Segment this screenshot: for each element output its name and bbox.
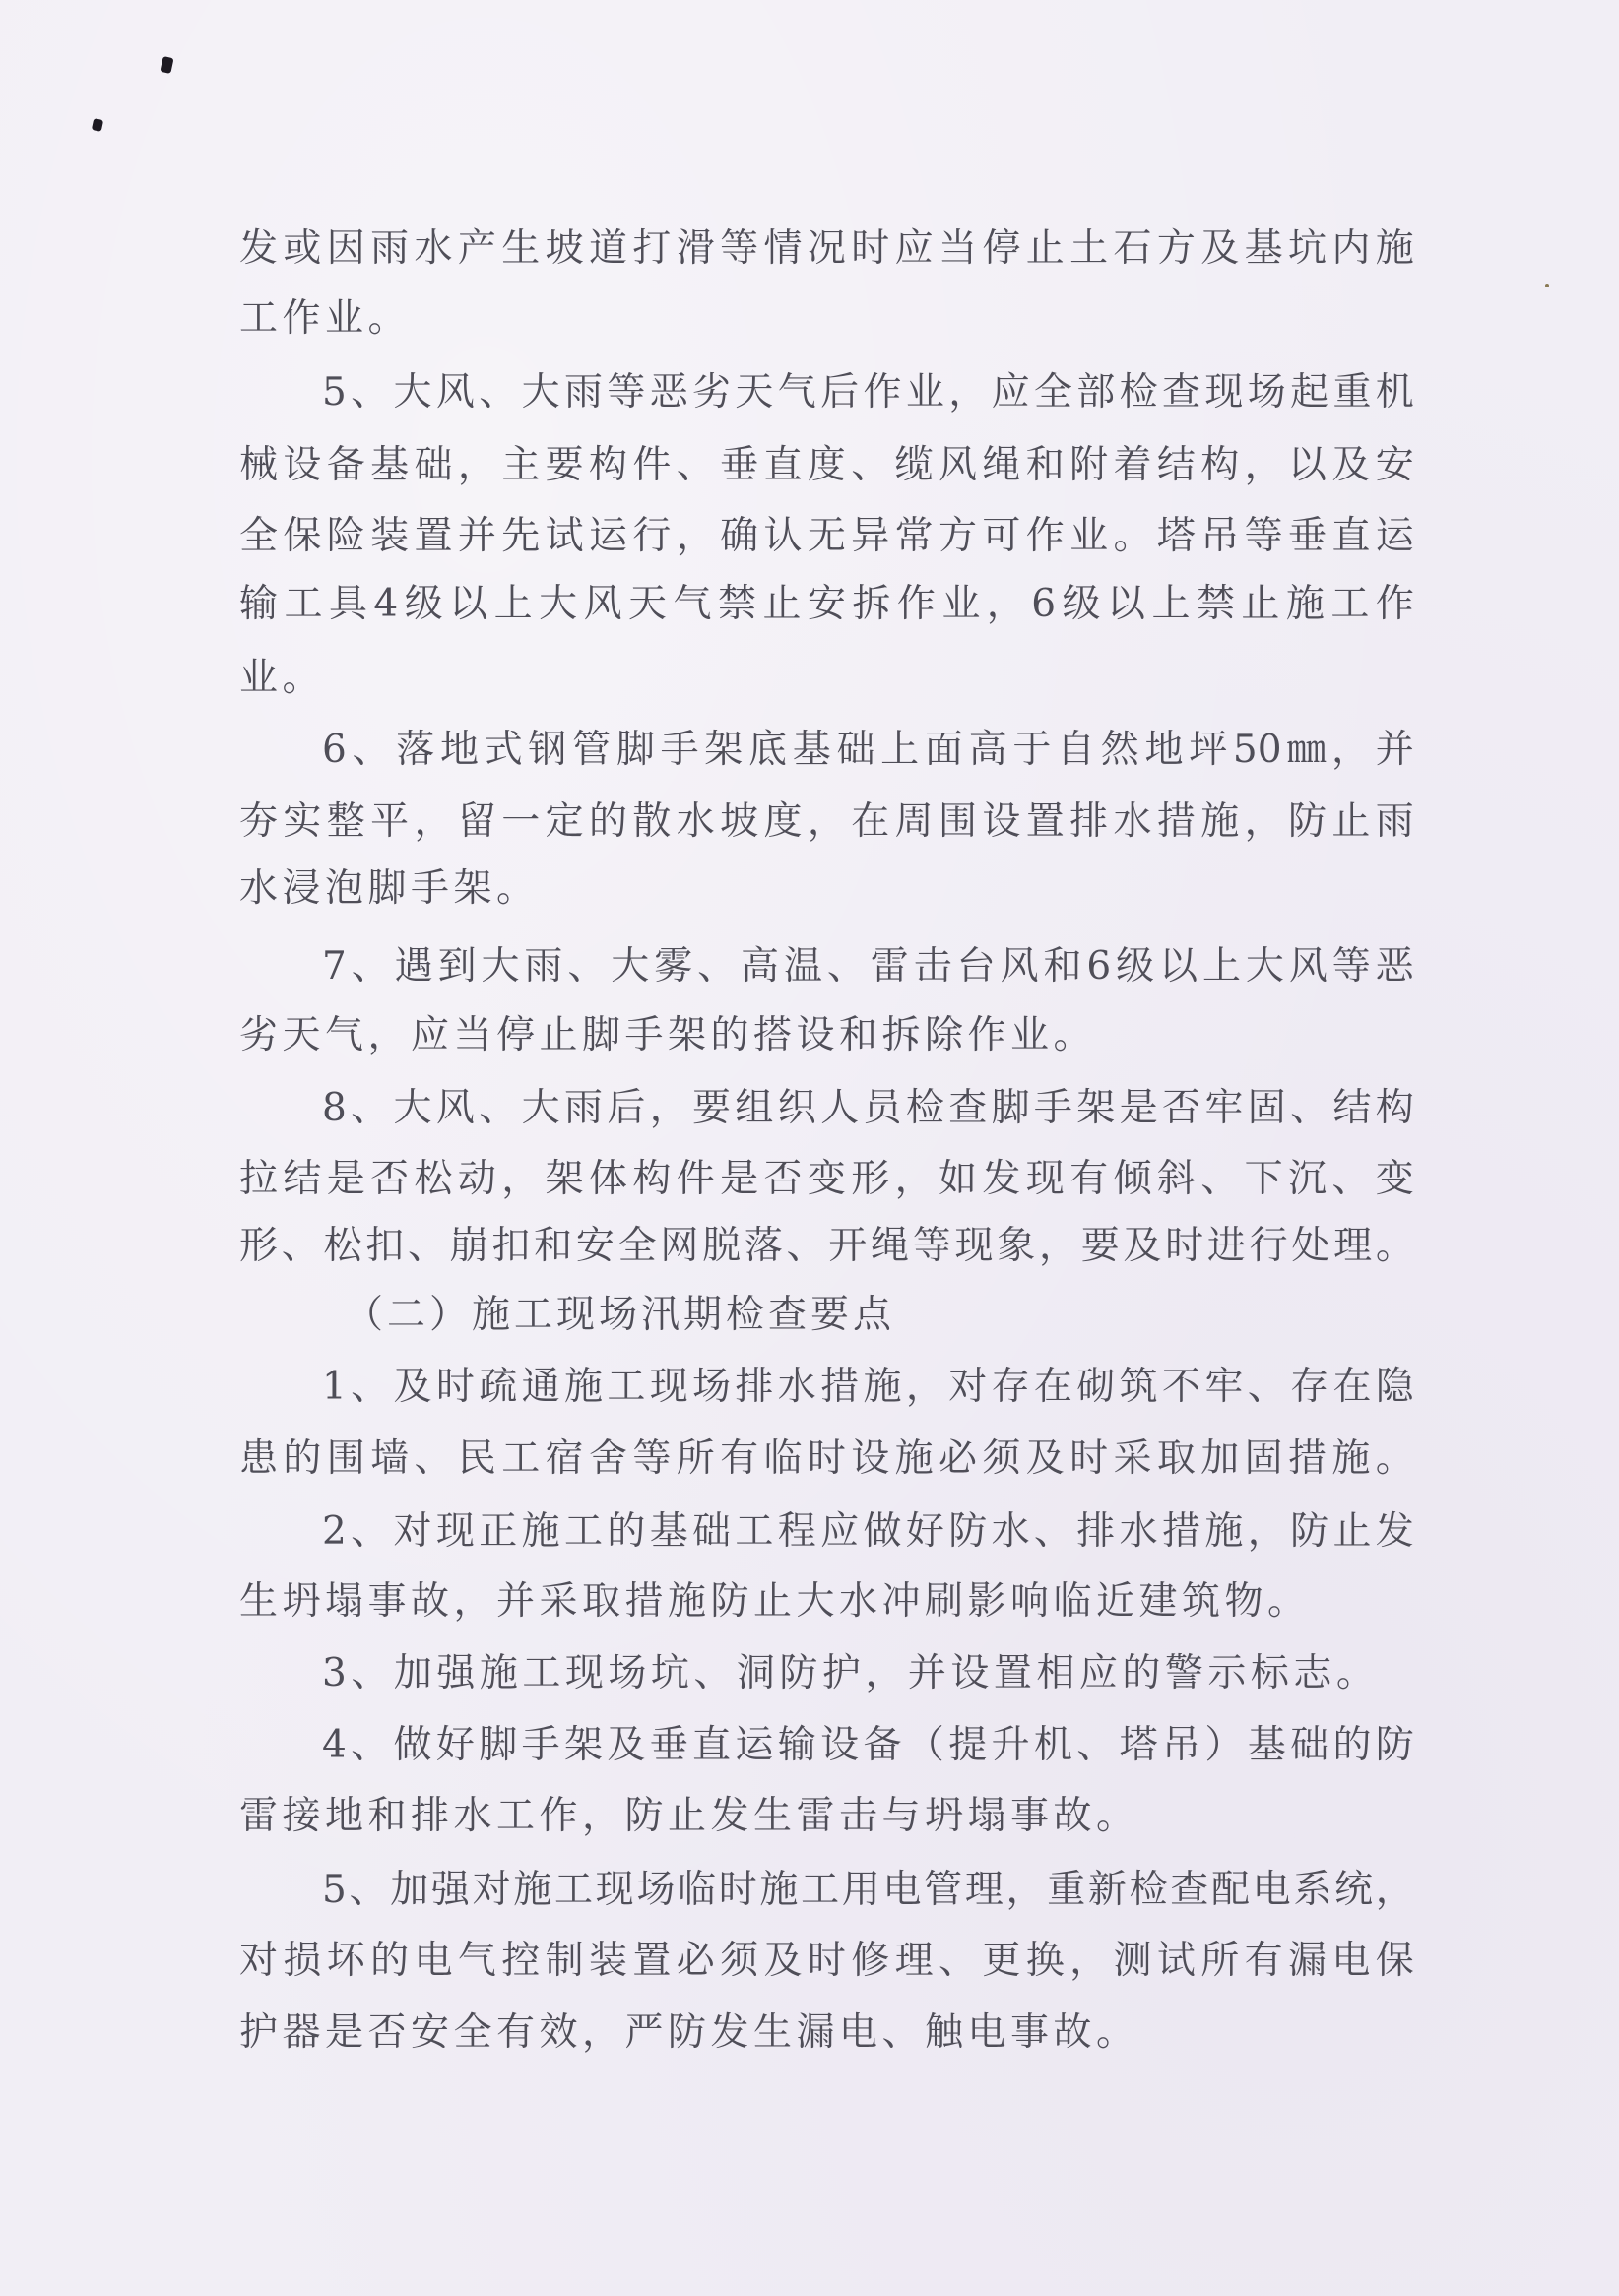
text-line: 4、做好脚手架及垂直运输设备（提升机、塔吊）基础的防 — [322, 1722, 1414, 1769]
text-line: 3、加强施工现场坑、洞防护，并设置相应的警示标志。 — [322, 1650, 1379, 1697]
text-line: 2、对现正施工的基础工程应做好防水、排水措施，防止发 — [322, 1508, 1414, 1556]
text-line: 5、加强对施工现场临时施工用电管理，重新检查配电系统， — [322, 1867, 1414, 1914]
text-line: 发或因雨水产生坡道打滑等情况时应当停止土石方及基坑内施 — [239, 225, 1414, 273]
text-line: 水浸泡脚手架。 — [239, 865, 540, 913]
text-line: 雷接地和排水工作，防止发生雷击与坍塌事故。 — [239, 1793, 1139, 1840]
staple-mark-bottom — [92, 118, 103, 132]
text-line: 业。 — [239, 655, 325, 702]
scanned-page: 发或因雨水产生坡道打滑等情况时应当停止土石方及基坑内施工作业。5、大风、大雨等恶… — [0, 0, 1619, 2296]
text-line: 6、落地式钢管脚手架底基础上面高于自然地坪50㎜，并 — [322, 727, 1414, 774]
text-line: 8、大风、大雨后，要组织人员检查脚手架是否牢固、结构 — [322, 1085, 1414, 1132]
text-line: 5、大风、大雨等恶劣天气后作业，应全部检查现场起重机 — [322, 369, 1414, 416]
text-line: 7、遇到大雨、大雾、高温、雷击台风和6级以上大风等恶 — [322, 943, 1414, 990]
text-line: 输工具4级以上大风天气禁止安拆作业，6级以上禁止施工作 — [239, 581, 1414, 628]
scan-speck — [1545, 284, 1549, 287]
text-line: 1、及时疏通施工现场排水措施，对存在砌筑不牢、存在隐 — [322, 1364, 1414, 1411]
text-line: 形、松扣、崩扣和安全网脱落、开绳等现象，要及时进行处理。 — [239, 1223, 1414, 1270]
text-line: 夯实整平，留一定的散水坡度，在周围设置排水措施，防止雨 — [239, 798, 1414, 846]
text-line: 全保险装置并先试运行，确认无异常方可作业。塔吊等垂直运 — [239, 513, 1414, 560]
staple-mark-top — [160, 56, 173, 74]
text-line: 生坍塌事故，并采取措施防止大水冲刷影响临近建筑物。 — [239, 1578, 1311, 1626]
text-line: 对损坏的电气控制装置必须及时修理、更换，测试所有漏电保 — [239, 1938, 1414, 1985]
text-line: 械设备基础，主要构件、垂直度、缆风绳和附着结构，以及安 — [239, 442, 1414, 489]
text-line: 工作业。 — [239, 295, 411, 343]
text-line: 护器是否安全有效，严防发生漏电、触电事故。 — [239, 2009, 1139, 2057]
section-heading: （二）施工现场汛期检查要点 — [345, 1292, 895, 1339]
text-line: 患的围墙、民工宿舍等所有临时设施必须及时采取加固措施。 — [239, 1435, 1414, 1483]
text-line: 劣天气，应当停止脚手架的搭设和拆除作业。 — [239, 1012, 1096, 1059]
text-line: 拉结是否松动，架体构件是否变形，如发现有倾斜、下沉、变 — [239, 1156, 1414, 1203]
